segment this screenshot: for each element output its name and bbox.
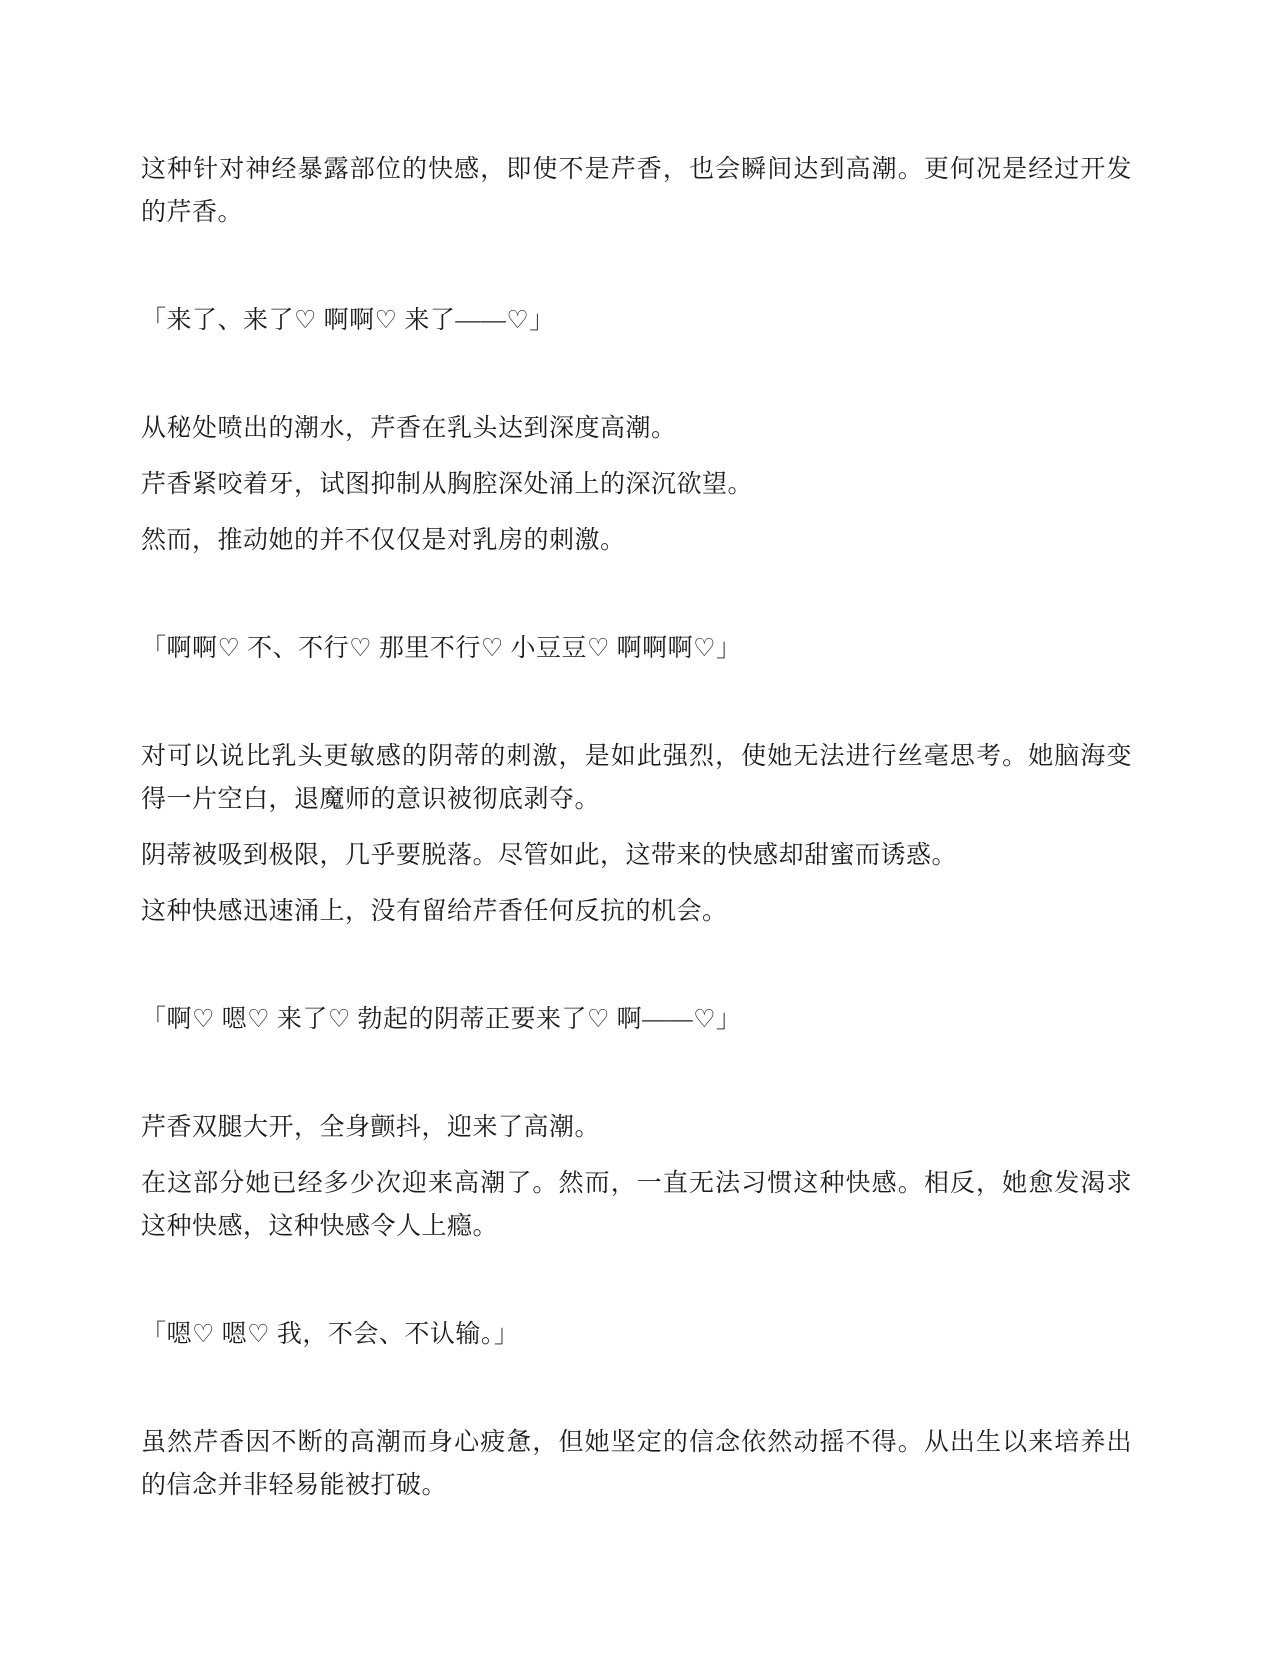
paragraph: 对可以说比乳头更敏感的阴蒂的刺激，是如此强烈，使她无法进行丝毫思考。她脑海变得一…: [141, 735, 1132, 821]
dialogue-paragraph: 「啊啊♡ 不、不行♡ 那里不行♡ 小豆豆♡ 啊啊啊♡」: [141, 627, 1132, 670]
paragraph: 然而，推动她的并不仅仅是对乳房的刺激。: [141, 519, 1132, 562]
dialogue-paragraph: 「啊♡ 嗯♡ 来了♡ 勃起的阴蒂正要来了♡ 啊——♡」: [141, 998, 1132, 1041]
paragraph: 这种针对神经暴露部位的快感，即使不是芹香，也会瞬间达到高潮。更何况是经过开发的芹…: [141, 148, 1132, 234]
paragraph: 芹香双腿大开，全身颤抖，迎来了高潮。: [141, 1106, 1132, 1149]
paragraph: 芹香紧咬着牙，试图抑制从胸腔深处涌上的深沉欲望。: [141, 463, 1132, 506]
paragraph: 阴蒂被吸到极限，几乎要脱落。尽管如此，这带来的快感却甜蜜而诱惑。: [141, 834, 1132, 877]
paragraph: 这种快感迅速涌上，没有留给芹香任何反抗的机会。: [141, 890, 1132, 933]
dialogue-paragraph: 「来了、来了♡ 啊啊♡ 来了——♡」: [141, 299, 1132, 342]
paragraph: 从秘处喷出的潮水，芹香在乳头达到深度高潮。: [141, 407, 1132, 450]
paragraph: 在这部分她已经多少次迎来高潮了。然而，一直无法习惯这种快感。相反，她愈发渴求这种…: [141, 1162, 1132, 1248]
document-page: 这种针对神经暴露部位的快感，即使不是芹香，也会瞬间达到高潮。更何况是经过开发的芹…: [0, 0, 1280, 1656]
paragraph: 虽然芹香因不断的高潮而身心疲惫，但她坚定的信念依然动摇不得。从出生以来培养出的信…: [141, 1421, 1132, 1507]
dialogue-paragraph: 「嗯♡ 嗯♡ 我，不会、不认输。」: [141, 1313, 1132, 1356]
